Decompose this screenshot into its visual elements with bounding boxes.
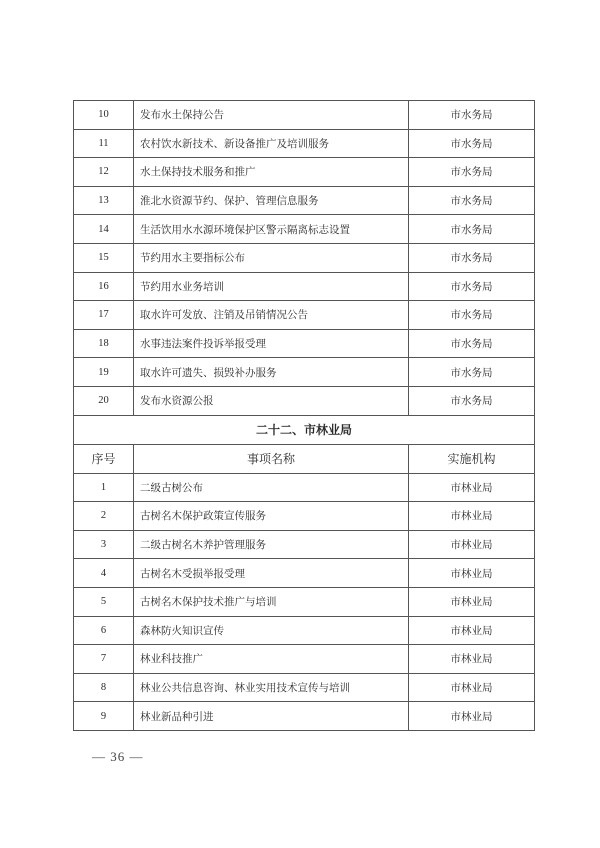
item-name: 水事违法案件投诉举报受理 (134, 329, 409, 358)
row-number: 1 (74, 473, 134, 502)
table-row: 12水土保持技术服务和推广市水务局 (74, 158, 535, 187)
row-number: 13 (74, 186, 134, 215)
implementing-agency: 市水务局 (409, 215, 535, 244)
row-number: 20 (74, 386, 134, 415)
row-number: 6 (74, 616, 134, 645)
implementing-agency: 市林业局 (409, 530, 535, 559)
row-number: 11 (74, 129, 134, 158)
row-number: 12 (74, 158, 134, 187)
table-row: 9林业新品种引进市林业局 (74, 702, 535, 731)
item-name: 古树名木保护政策宣传服务 (134, 502, 409, 531)
item-name: 取水许可发放、注销及吊销情况公告 (134, 301, 409, 330)
row-number: 7 (74, 645, 134, 674)
implementing-agency: 市水务局 (409, 129, 535, 158)
table-row: 20发布水资源公报市水务局 (74, 386, 535, 415)
table-row: 16节约用水业务培训市水务局 (74, 272, 535, 301)
item-name: 林业科技推广 (134, 645, 409, 674)
item-name: 淮北水资源节约、保护、管理信息服务 (134, 186, 409, 215)
table-row: 7林业科技推广市林业局 (74, 645, 535, 674)
item-name: 古树名木受损举报受理 (134, 559, 409, 588)
implementing-agency: 市林业局 (409, 702, 535, 731)
implementing-agency: 市林业局 (409, 587, 535, 616)
implementing-agency: 市水务局 (409, 301, 535, 330)
row-number: 10 (74, 101, 134, 130)
item-name: 取水许可遗失、损毁补办服务 (134, 358, 409, 387)
section-title-row: 二十二、市林业局 (74, 415, 535, 444)
implementing-agency: 市水务局 (409, 243, 535, 272)
row-number: 8 (74, 673, 134, 702)
row-number: 16 (74, 272, 134, 301)
table-row: 5古树名木保护技术推广与培训市林业局 (74, 587, 535, 616)
implementing-agency: 市水务局 (409, 329, 535, 358)
implementing-agency: 市水务局 (409, 158, 535, 187)
implementing-agency: 市林业局 (409, 616, 535, 645)
item-name: 森林防火知识宣传 (134, 616, 409, 645)
implementing-agency: 市林业局 (409, 645, 535, 674)
implementing-agency: 市水务局 (409, 386, 535, 415)
table-row: 2古树名木保护政策宣传服务市林业局 (74, 502, 535, 531)
page-number: — 36 — (92, 749, 144, 765)
row-number: 9 (74, 702, 134, 731)
implementing-agency: 市林业局 (409, 473, 535, 502)
header-item-name: 事项名称 (134, 444, 409, 473)
service-table: 10发布水土保持公告市水务局 11农村饮水新技术、新设备推广及培训服务市水务局 … (73, 100, 535, 731)
item-name: 林业新品种引进 (134, 702, 409, 731)
table-row: 4古树名木受损举报受理市林业局 (74, 559, 535, 588)
implementing-agency: 市水务局 (409, 101, 535, 130)
row-number: 5 (74, 587, 134, 616)
item-name: 发布水资源公报 (134, 386, 409, 415)
header-agency: 实施机构 (409, 444, 535, 473)
table-header-row: 序号 事项名称 实施机构 (74, 444, 535, 473)
table-row: 1二级古树公布市林业局 (74, 473, 535, 502)
row-number: 19 (74, 358, 134, 387)
implementing-agency: 市林业局 (409, 502, 535, 531)
table-row: 3二级古树名木养护管理服务市林业局 (74, 530, 535, 559)
implementing-agency: 市水务局 (409, 358, 535, 387)
row-number: 15 (74, 243, 134, 272)
row-number: 14 (74, 215, 134, 244)
table-row: 19取水许可遗失、损毁补办服务市水务局 (74, 358, 535, 387)
item-name: 二级古树名木养护管理服务 (134, 530, 409, 559)
item-name: 发布水土保持公告 (134, 101, 409, 130)
item-name: 生活饮用水水源环境保护区警示隔离标志设置 (134, 215, 409, 244)
row-number: 4 (74, 559, 134, 588)
table-row: 13淮北水资源节约、保护、管理信息服务市水务局 (74, 186, 535, 215)
item-name: 二级古树公布 (134, 473, 409, 502)
implementing-agency: 市林业局 (409, 673, 535, 702)
implementing-agency: 市水务局 (409, 272, 535, 301)
item-name: 林业公共信息咨询、林业实用技术宣传与培训 (134, 673, 409, 702)
row-number: 2 (74, 502, 134, 531)
implementing-agency: 市林业局 (409, 559, 535, 588)
row-number: 17 (74, 301, 134, 330)
row-number: 3 (74, 530, 134, 559)
item-name: 节约用水业务培训 (134, 272, 409, 301)
item-name: 节约用水主要指标公布 (134, 243, 409, 272)
table-row: 15节约用水主要指标公布市水务局 (74, 243, 535, 272)
table-row: 10发布水土保持公告市水务局 (74, 101, 535, 130)
header-number: 序号 (74, 444, 134, 473)
table-row: 18水事违法案件投诉举报受理市水务局 (74, 329, 535, 358)
section-title: 二十二、市林业局 (74, 415, 535, 444)
item-name: 古树名木保护技术推广与培训 (134, 587, 409, 616)
document-page: 10发布水土保持公告市水务局 11农村饮水新技术、新设备推广及培训服务市水务局 … (0, 0, 600, 848)
item-name: 农村饮水新技术、新设备推广及培训服务 (134, 129, 409, 158)
table-row: 11农村饮水新技术、新设备推广及培训服务市水务局 (74, 129, 535, 158)
item-name: 水土保持技术服务和推广 (134, 158, 409, 187)
implementing-agency: 市水务局 (409, 186, 535, 215)
table-row: 8林业公共信息咨询、林业实用技术宣传与培训市林业局 (74, 673, 535, 702)
table-row: 14生活饮用水水源环境保护区警示隔离标志设置市水务局 (74, 215, 535, 244)
table-row: 17取水许可发放、注销及吊销情况公告市水务局 (74, 301, 535, 330)
table-row: 6森林防火知识宣传市林业局 (74, 616, 535, 645)
row-number: 18 (74, 329, 134, 358)
